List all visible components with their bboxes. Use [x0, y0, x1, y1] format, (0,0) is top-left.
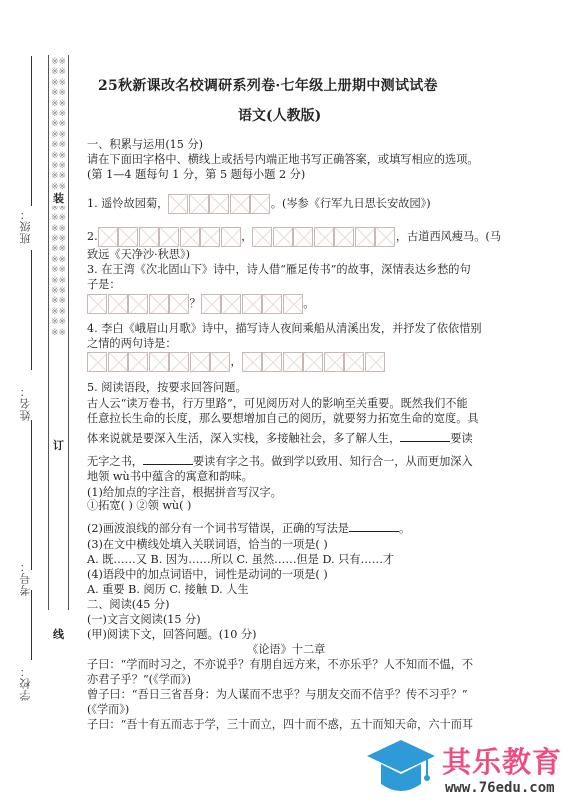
q4-text-2: 之情的两句诗是：	[87, 337, 177, 351]
school-label: 学校：	[18, 665, 34, 701]
question-5-heading: 5. 阅读语段，按要求回答问题。	[87, 381, 247, 395]
section1-scoring: (第 1—4 题每句 1 分，第 5 题每小题 2 分)	[87, 168, 305, 182]
q5-passage-text: 要读有字之书。做到学以致用、知行合一，从而更加深入	[193, 455, 473, 468]
passage-line-4: (《学而》)	[87, 703, 129, 717]
q5-passage-text: 要读	[450, 432, 472, 445]
passage-title: 《论语》十二章	[247, 643, 325, 657]
page-subtitle: 语文(人教版)	[238, 105, 321, 125]
q5-sub3-options[interactable]: A. 既……又 B. 因为……所以 C. 虽然……但是 D. 只有……才	[87, 553, 394, 567]
passage-line-2: 亦君子乎？”(《学而》)	[87, 673, 191, 687]
q2-answer-grid-b[interactable]	[252, 227, 396, 247]
q2-suffix: ，古道西风瘦马。(马	[396, 230, 501, 243]
exam-no-underline[interactable]	[31, 420, 32, 570]
binding-star-pattern: ※※※※※※※※※※※※※※※※※※※※※※※※※※※※※※※※※※※※※※※※…	[49, 57, 68, 612]
q5-passage-line-3: 体来说就是要深入生活，深入实栈，多接触社会，多了解人生，要读	[87, 432, 473, 446]
q5-sub2-text: (2)画波浪线的部分有一个词书写错误，正确的写法是	[87, 522, 349, 535]
school-underline[interactable]	[31, 590, 32, 660]
name-label: 姓名：	[18, 385, 34, 421]
class-underline[interactable]	[31, 56, 32, 206]
q3-text-2: 子是：	[87, 278, 121, 292]
q4-answer-row: ，	[87, 352, 385, 372]
q3-answer-grid-b[interactable]	[201, 294, 304, 314]
section2-heading: 二、阅读(45 分)	[87, 598, 169, 612]
q5-passage-line-1: 古人云“读万卷书，行万里路”，可见阅历对人的影响至关重要。既然我们不能	[87, 397, 468, 411]
q1-answer-grid[interactable]	[168, 194, 271, 214]
q3-answer-row: ？。	[87, 294, 314, 314]
q5-passage-wavy-text: 体来说就是要深入生活，深入实栈，多接触社会，多了解人生，	[87, 432, 400, 445]
q3-separator: ？	[190, 297, 201, 310]
q5-passage-text: 无字之书，	[87, 455, 143, 468]
q5-blank-1[interactable]	[400, 441, 450, 442]
page-title: 25秋新课改名校调研系列卷·七年级上册期中测试试卷	[98, 75, 498, 95]
binding-mark-ding: 订	[49, 439, 68, 453]
q5-passage-line-4: 无字之书，要读有字之书。做到学以致用、知行合一，从而更加深入	[87, 455, 473, 469]
section1-heading: 一、积累与运用(15 分)	[87, 138, 203, 152]
passage-line-1: 子曰：“学而时习之，不亦说乎？有朋自远方来，不亦乐乎？人不知而不愠，不	[87, 658, 473, 672]
q5-sub4: (4)语段中的加点词语中，词性是动词的一项是( )	[87, 568, 328, 582]
q3-answer-grid-a[interactable]	[87, 294, 190, 314]
binding-line: ※※※※※※※※※※※※※※※※※※※※※※※※※※※※※※※※※※※※※※※※…	[48, 55, 69, 610]
watermark-url: www.76edu.com	[445, 780, 555, 796]
q5-passage-line-5: 地领 wù书中蕴含的寓意和韵味。	[87, 470, 253, 484]
binding-mark-xian: 线	[49, 628, 68, 642]
q2-answer-grid-a[interactable]	[98, 227, 242, 247]
graduation-cap-icon	[365, 738, 440, 798]
q1-suffix: 。(岑参《行军九日思长安故园》)	[271, 197, 431, 210]
q5-passage-line-2: 任意拉长生命的长度，那么要想增加自己的阅历，就要努力拓宽生命的宽度。具	[87, 412, 479, 426]
q5-sub1-items[interactable]: ①拓宽( ) ②领 wù( )	[87, 499, 191, 513]
watermark-brand-name: 其乐教育	[442, 740, 562, 781]
name-underline[interactable]	[31, 250, 32, 370]
q3-end: 。	[303, 297, 314, 310]
passage-line-3: 曾子曰：“吾日三省吾身：为人谋而不忠乎？与朋友交而不信乎？传不习乎？”	[87, 688, 468, 702]
question-2: 2.，，古道西风瘦马。(马	[87, 227, 501, 247]
q5-sub1: (1)给加点的字注音，根据拼音写汉字。	[87, 486, 282, 500]
question-4: 4. 李白《峨眉山月歌》诗中，描写诗人夜间乘船从清溪出发，并抒发了依依惜别	[87, 322, 482, 336]
q2-source: 致远《天净沙·秋思》)	[87, 248, 190, 262]
q5-sub2: (2)画波浪线的部分有一个词书写错误，正确的写法是。	[87, 522, 410, 536]
question-3: 3. 在王湾《次北固山下》诗中，诗人借“雁足传书”的故事，深情表达乡愁的句	[87, 263, 471, 277]
passage-line-5: 子曰：“吾十有五而志于学，三十而立，四十而不惑，五十而知天命，六十而耳	[87, 718, 473, 732]
q5-sub4-options[interactable]: A. 重要 B. 阅历 C. 接触 D. 人生	[87, 583, 249, 597]
q2-prefix: 2.	[87, 230, 98, 243]
section2-subheading: (一)文言文阅读(15 分)	[87, 613, 201, 627]
q4-separator: ，	[231, 355, 242, 368]
section2-part-a: (甲)阅读下文，回答问题。(10 分)	[87, 628, 257, 642]
q5-sub3: (3)在文中横线处填入关联词语，恰当的一项是( )	[87, 538, 328, 552]
class-label: 班级：	[18, 208, 34, 244]
q5-blank-2[interactable]	[143, 464, 193, 465]
q5-sub2-end: 。	[399, 522, 410, 535]
q4-answer-grid-b[interactable]	[242, 352, 386, 372]
section1-instructions: 请在下面田字格中、横线上或括号内端正地书写正确答案，或填写相应的选项。	[87, 153, 479, 167]
watermark-logo: 其乐教育 www.76edu.com	[365, 738, 565, 800]
q4-answer-grid-a[interactable]	[87, 352, 231, 372]
q5-sub2-blank[interactable]	[349, 531, 399, 532]
q1-prefix: 1. 遥怜故园菊，	[87, 197, 168, 210]
binding-mark-zhuang: 装	[49, 192, 68, 206]
q2-separator: ，	[241, 230, 252, 243]
question-1: 1. 遥怜故园菊，。(岑参《行军九日思长安故园》)	[87, 194, 431, 214]
